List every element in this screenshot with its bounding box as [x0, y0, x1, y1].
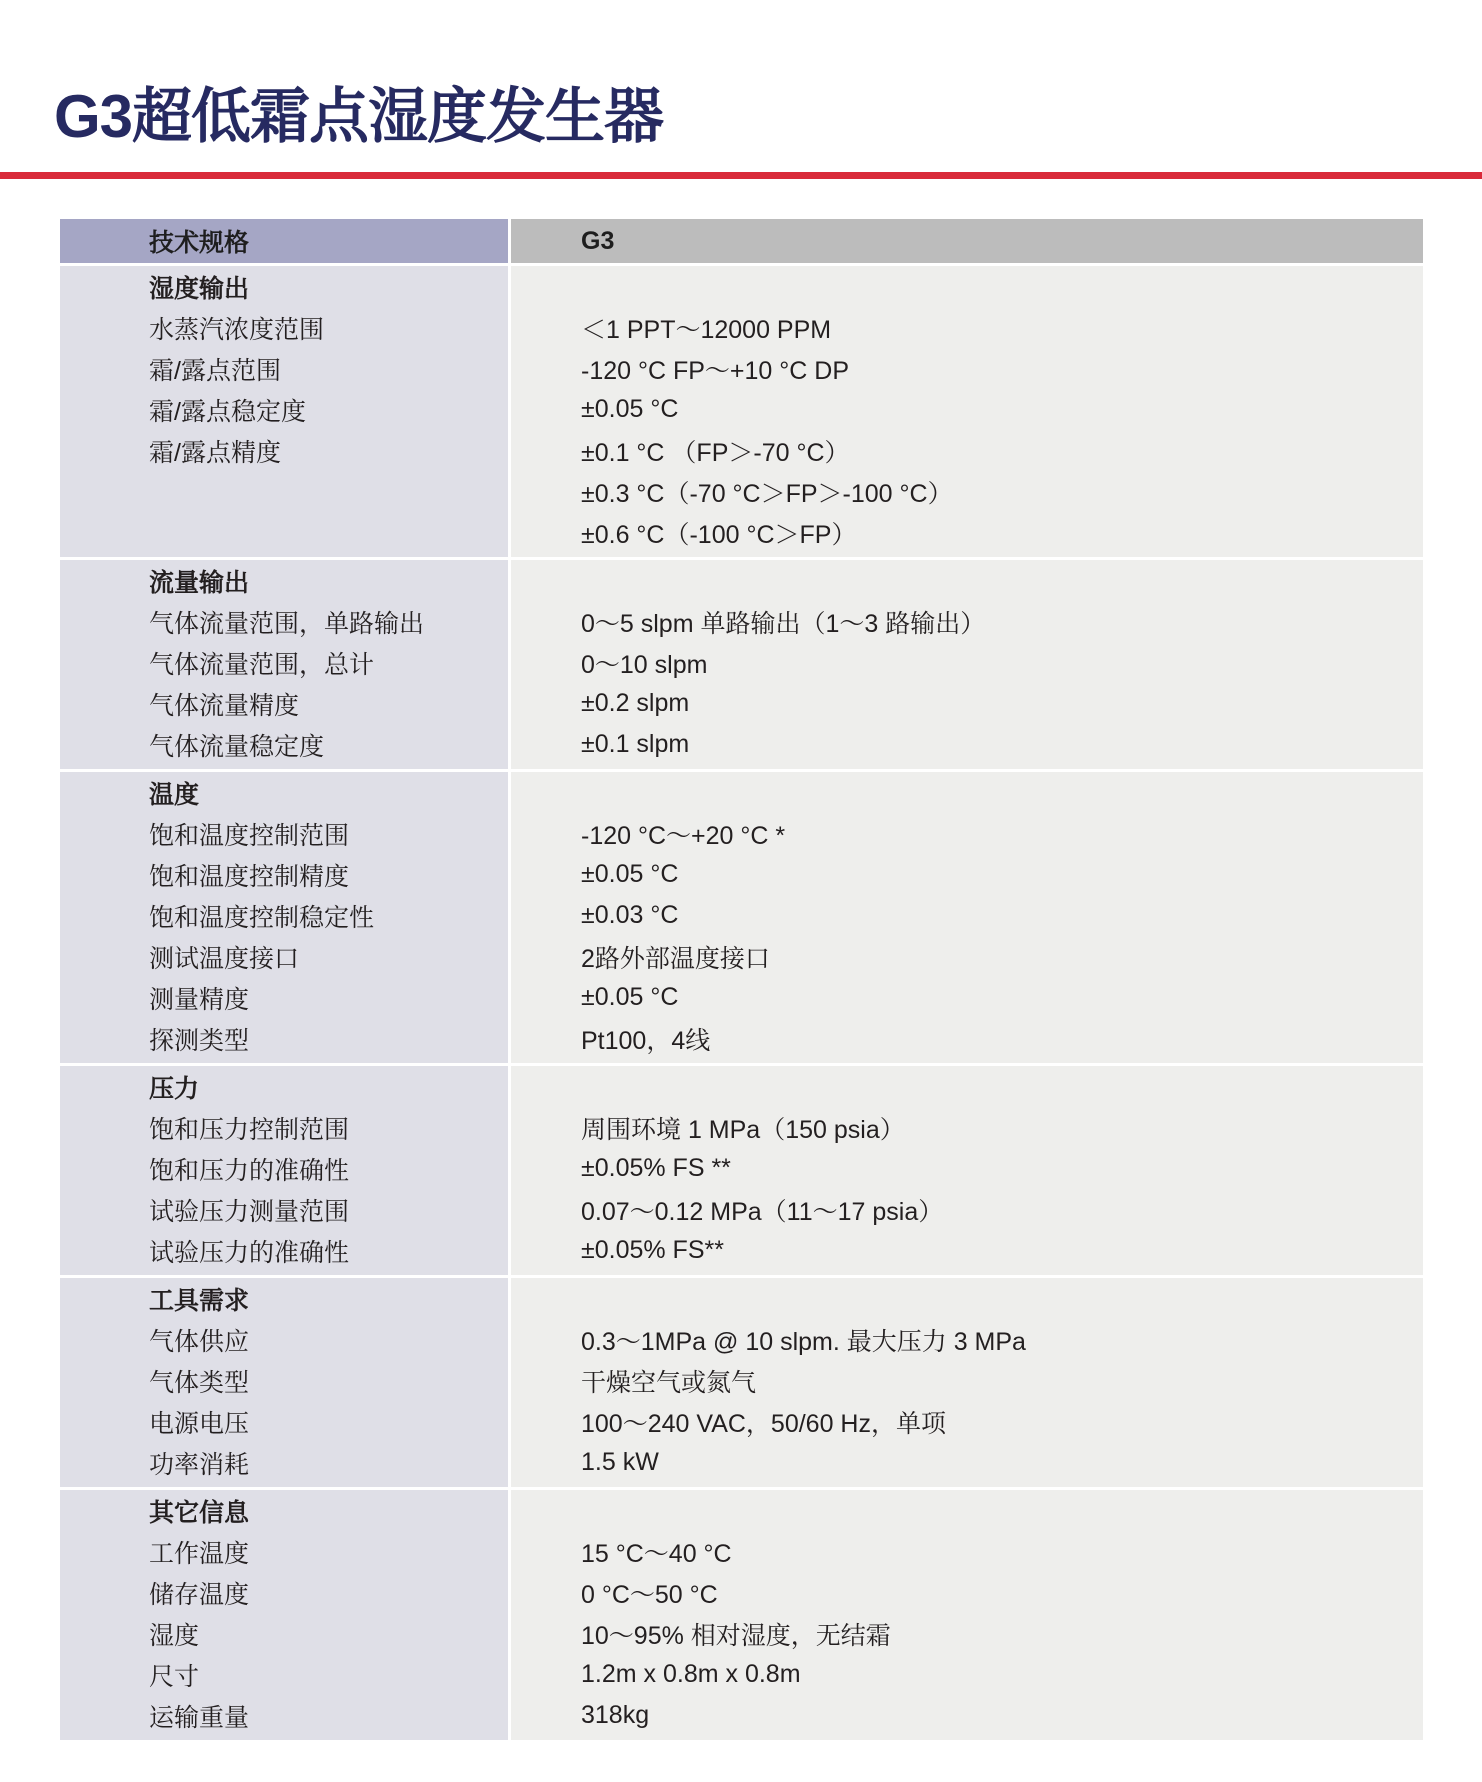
section-heading: 温度 — [60, 772, 508, 813]
spec-label: 气体流量稳定度 — [60, 724, 508, 765]
header-spec-cell: 技术规格 — [60, 219, 508, 263]
spec-label: 工作温度 — [60, 1531, 508, 1572]
section-value-column: 15 °C～40 °C0 °C～50 °C10～95% 相对湿度，无结霜1.2m… — [511, 1490, 1423, 1740]
section-padding — [511, 1059, 1423, 1063]
spec-value: ±0.05% FS ** — [511, 1148, 1423, 1189]
spec-section: 工具需求气体供应气体类型电源电压功率消耗0.3～1MPa @ 10 slpm. … — [60, 1278, 1423, 1487]
section-label-column: 流量输出气体流量范围，单路输出气体流量范围，总计气体流量精度气体流量稳定度 — [60, 560, 508, 769]
spec-section: 压力饱和压力控制范围饱和压力的准确性试验压力测量范围试验压力的准确性周围环境 1… — [60, 1066, 1423, 1275]
spec-label: 气体类型 — [60, 1360, 508, 1401]
spec-label: 气体供应 — [60, 1319, 508, 1360]
spec-label: 饱和压力的准确性 — [60, 1148, 508, 1189]
spec-label: 功率消耗 — [60, 1442, 508, 1483]
section-padding — [60, 1271, 508, 1275]
spec-value: 1.5 kW — [511, 1442, 1423, 1483]
section-padding — [511, 1271, 1423, 1275]
title-divider — [0, 172, 1482, 179]
spec-value: ±0.05% FS** — [511, 1230, 1423, 1271]
section-value-column: 0～5 slpm 单路输出（1～3 路输出）0～10 slpm±0.2 slpm… — [511, 560, 1423, 769]
spec-label: 饱和温度控制稳定性 — [60, 895, 508, 936]
spec-value: ±0.05 °C — [511, 977, 1423, 1018]
section-value-column: -120 °C～+20 °C *±0.05 °C±0.03 °C2路外部温度接口… — [511, 772, 1423, 1063]
page-title: G3超低霜点湿度发生器 — [54, 82, 663, 152]
spec-value: ±0.05 °C — [511, 854, 1423, 895]
header-model-label: G3 — [511, 227, 614, 256]
header-spec-label: 技术规格 — [60, 223, 249, 259]
spec-label-spacer — [60, 471, 508, 512]
section-padding — [60, 765, 508, 769]
spec-label: 试验压力测量范围 — [60, 1189, 508, 1230]
section-padding — [511, 553, 1423, 557]
spec-value: 干燥空气或氮气 — [511, 1360, 1423, 1401]
spec-label: 测试温度接口 — [60, 936, 508, 977]
spec-section: 其它信息工作温度储存温度湿度尺寸运输重量15 °C～40 °C0 °C～50 °… — [60, 1490, 1423, 1740]
section-padding — [60, 1483, 508, 1487]
table-body: 湿度输出水蒸汽浓度范围霜/露点范围霜/露点稳定度霜/露点精度＜1 PPT～120… — [60, 266, 1423, 1740]
spec-value: 10～95% 相对湿度，无结霜 — [511, 1613, 1423, 1654]
section-padding — [511, 1483, 1423, 1487]
spec-label: 气体流量范围，单路输出 — [60, 601, 508, 642]
spec-label: 气体流量范围，总计 — [60, 642, 508, 683]
spec-label: 储存温度 — [60, 1572, 508, 1613]
spec-label: 霜/露点稳定度 — [60, 389, 508, 430]
spec-value: 15 °C～40 °C — [511, 1531, 1423, 1572]
spec-value: 1.2m x 0.8m x 0.8m — [511, 1654, 1423, 1695]
spec-label: 霜/露点范围 — [60, 348, 508, 389]
spec-label: 饱和压力控制范围 — [60, 1107, 508, 1148]
section-value-column: 周围环境 1 MPa（150 psia）±0.05% FS **0.07～0.1… — [511, 1066, 1423, 1275]
section-heading-spacer — [511, 1278, 1423, 1319]
section-padding — [60, 1736, 508, 1740]
spec-value: 0 °C～50 °C — [511, 1572, 1423, 1613]
section-padding — [60, 1059, 508, 1063]
spec-value: 0～10 slpm — [511, 642, 1423, 683]
spec-label-spacer — [60, 512, 508, 553]
spec-label: 运输重量 — [60, 1695, 508, 1736]
spec-table: 技术规格 G3 湿度输出水蒸汽浓度范围霜/露点范围霜/露点稳定度霜/露点精度＜1… — [60, 219, 1423, 1740]
spec-label: 饱和温度控制范围 — [60, 813, 508, 854]
section-padding — [511, 765, 1423, 769]
section-heading: 流量输出 — [60, 560, 508, 601]
section-value-column: 0.3～1MPa @ 10 slpm. 最大压力 3 MPa干燥空气或氮气100… — [511, 1278, 1423, 1487]
spec-value: -120 °C FP～+10 °C DP — [511, 348, 1423, 389]
spec-label: 饱和温度控制精度 — [60, 854, 508, 895]
table-header: 技术规格 G3 — [60, 219, 1423, 263]
spec-value: ±0.1 °C （FP＞-70 °C） — [511, 430, 1423, 471]
spec-section: 流量输出气体流量范围，单路输出气体流量范围，总计气体流量精度气体流量稳定度0～5… — [60, 560, 1423, 769]
spec-value: 318kg — [511, 1695, 1423, 1736]
section-heading: 其它信息 — [60, 1490, 508, 1531]
spec-value: ±0.03 °C — [511, 895, 1423, 936]
spec-value: ±0.2 slpm — [511, 683, 1423, 724]
section-label-column: 压力饱和压力控制范围饱和压力的准确性试验压力测量范围试验压力的准确性 — [60, 1066, 508, 1275]
spec-label: 探测类型 — [60, 1018, 508, 1059]
spec-value: ＜1 PPT～12000 PPM — [511, 307, 1423, 348]
spec-value: 2路外部温度接口 — [511, 936, 1423, 977]
section-label-column: 湿度输出水蒸汽浓度范围霜/露点范围霜/露点稳定度霜/露点精度 — [60, 266, 508, 557]
section-heading: 工具需求 — [60, 1278, 508, 1319]
spec-section: 温度饱和温度控制范围饱和温度控制精度饱和温度控制稳定性测试温度接口测量精度探测类… — [60, 772, 1423, 1063]
spec-value: 0～5 slpm 单路输出（1～3 路输出） — [511, 601, 1423, 642]
spec-value: -120 °C～+20 °C * — [511, 813, 1423, 854]
section-padding — [511, 1736, 1423, 1740]
section-heading-spacer — [511, 772, 1423, 813]
spec-section: 湿度输出水蒸汽浓度范围霜/露点范围霜/露点稳定度霜/露点精度＜1 PPT～120… — [60, 266, 1423, 557]
spec-value: Pt100，4线 — [511, 1018, 1423, 1059]
header-model-cell: G3 — [511, 219, 1423, 263]
section-heading-spacer — [511, 560, 1423, 601]
spec-label: 尺寸 — [60, 1654, 508, 1695]
section-value-column: ＜1 PPT～12000 PPM-120 °C FP～+10 °C DP±0.0… — [511, 266, 1423, 557]
section-heading: 湿度输出 — [60, 266, 508, 307]
section-label-column: 温度饱和温度控制范围饱和温度控制精度饱和温度控制稳定性测试温度接口测量精度探测类… — [60, 772, 508, 1063]
spec-value: 周围环境 1 MPa（150 psia） — [511, 1107, 1423, 1148]
spec-value: ±0.3 °C（-70 °C＞FP＞-100 °C） — [511, 471, 1423, 512]
spec-label: 霜/露点精度 — [60, 430, 508, 471]
spec-value: ±0.6 °C（-100 °C＞FP） — [511, 512, 1423, 553]
section-heading-spacer — [511, 1490, 1423, 1531]
spec-label: 测量精度 — [60, 977, 508, 1018]
spec-label: 湿度 — [60, 1613, 508, 1654]
spec-value: 0.07～0.12 MPa（11～17 psia） — [511, 1189, 1423, 1230]
section-heading-spacer — [511, 1066, 1423, 1107]
section-heading-spacer — [511, 266, 1423, 307]
section-padding — [60, 553, 508, 557]
spec-value: 100～240 VAC，50/60 Hz，单项 — [511, 1401, 1423, 1442]
section-label-column: 其它信息工作温度储存温度湿度尺寸运输重量 — [60, 1490, 508, 1740]
spec-value: 0.3～1MPa @ 10 slpm. 最大压力 3 MPa — [511, 1319, 1423, 1360]
spec-label: 试验压力的准确性 — [60, 1230, 508, 1271]
spec-value: ±0.1 slpm — [511, 724, 1423, 765]
spec-label: 气体流量精度 — [60, 683, 508, 724]
spec-value: ±0.05 °C — [511, 389, 1423, 430]
spec-label: 电源电压 — [60, 1401, 508, 1442]
section-label-column: 工具需求气体供应气体类型电源电压功率消耗 — [60, 1278, 508, 1487]
section-heading: 压力 — [60, 1066, 508, 1107]
spec-label: 水蒸汽浓度范围 — [60, 307, 508, 348]
